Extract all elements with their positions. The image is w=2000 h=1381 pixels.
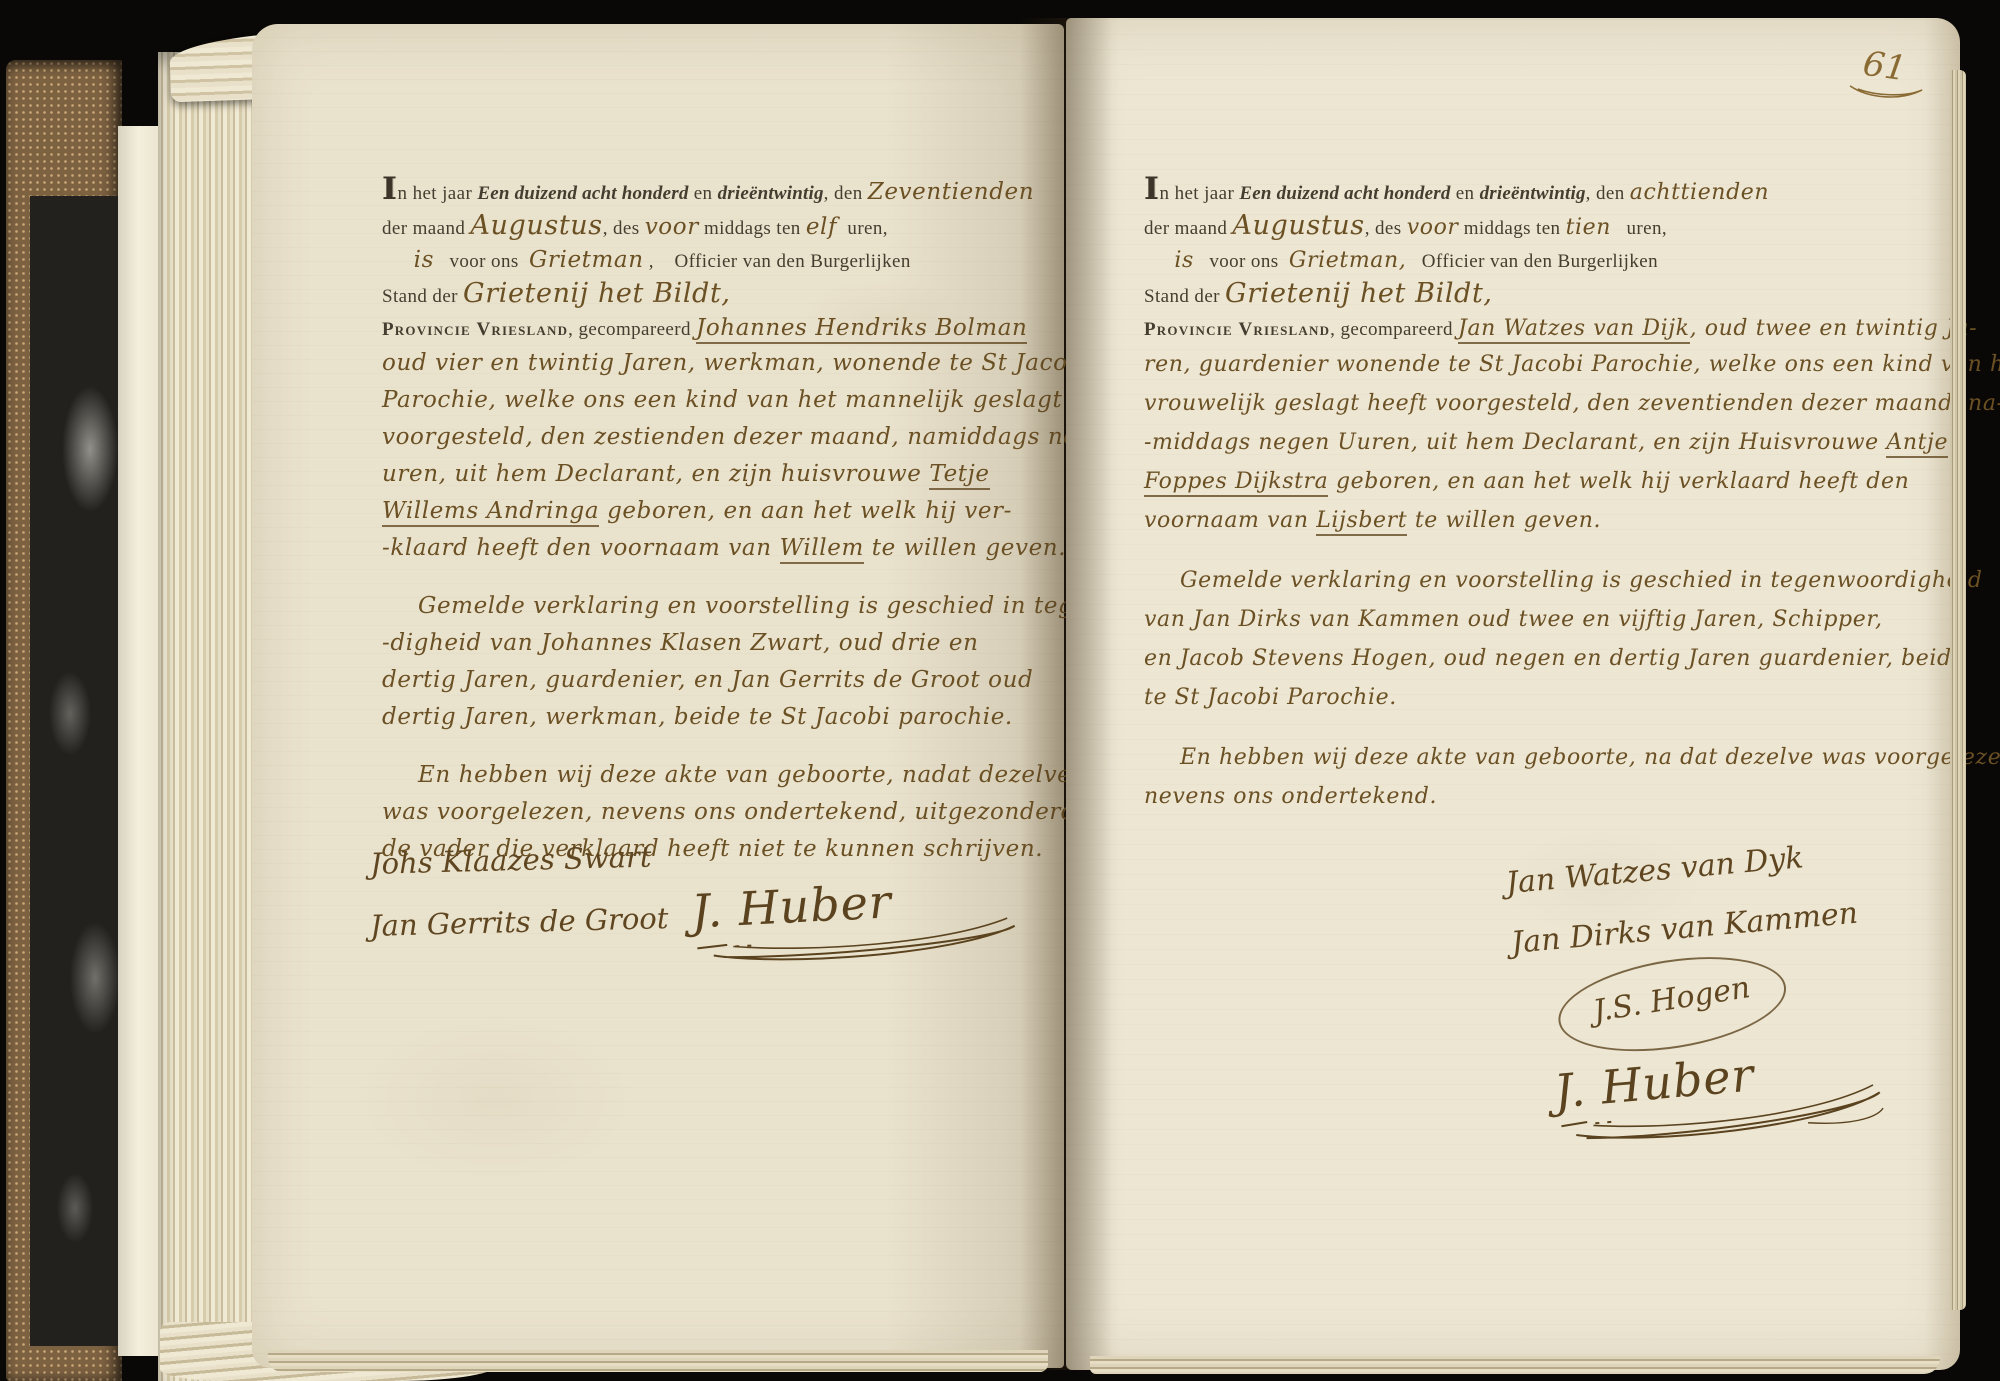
handwritten-text: Grietenij het Bildt, (1225, 278, 1493, 309)
handwritten-text: En hebben wij deze akte van geboorte, na… (418, 762, 1071, 788)
printed-text: , den (1586, 183, 1630, 204)
handwritten-text: , oud twee en twintig Ja- (1690, 316, 1978, 341)
printed-text: Een duizend acht honderd (1239, 183, 1450, 204)
handwritten-text: Willems Andringa (382, 498, 599, 527)
printed-text: Een duizend acht honderd (477, 183, 688, 204)
printed-text: drieëntwintig (1480, 183, 1586, 204)
printed-text: middags ten (699, 218, 806, 239)
handwritten-text: Gemelde verklaring en voorstelling is ge… (418, 593, 1172, 619)
printed-text: n het jaar (1160, 183, 1240, 204)
text-line: Gemelde verklaring en voorstelling is ge… (1144, 562, 1948, 601)
officer-signature-left: J. Huber (690, 867, 1024, 968)
handwritten-text: tien (1566, 215, 1611, 240)
handwritten-text: Grietman, (1289, 248, 1407, 273)
bottom-page-edge (1090, 1356, 1940, 1374)
left-page: In het jaar Een duizend acht honderd en … (252, 24, 1064, 1368)
text-line: -middags negen Uuren, uit hem Declarant,… (1144, 424, 1948, 463)
handwritten-text: te St Jacobi Parochie. (1144, 685, 1397, 710)
text-line: voornaam van Lijsbert te willen geven. (1144, 502, 1948, 541)
text-line: nevens ons ondertekend. (1144, 778, 1948, 817)
text-line: -digheid van Johannes Klasen Zwart, oud … (382, 626, 1058, 663)
printed-text: drieëntwintig (718, 183, 824, 204)
text-line: uren, uit hem Declarant, en zijn huisvro… (382, 457, 1058, 494)
printed-text: , den (824, 183, 868, 204)
right-page-edge (1950, 70, 1966, 1310)
text-line: Stand der Grietenij het Bildt, (382, 278, 1058, 313)
handwritten-text: oud vier en twintig Jaren, werkman, wone… (382, 350, 1091, 376)
handwritten-text: Antje (1886, 430, 1948, 458)
text-line: der maand Augustus, des voor middags ten… (382, 210, 1058, 245)
right-page: In het jaar Een duizend acht honderd en … (1066, 18, 1960, 1370)
printed-text: , Officier van den Burgerlijken (644, 251, 911, 272)
printed-text: der maand (382, 218, 470, 239)
handwritten-text: Johannes Hendriks Bolman (696, 315, 1027, 344)
dropcap-initial: I (382, 171, 396, 207)
printed-text: uren, (837, 218, 888, 239)
handwritten-text: achttienden (1630, 180, 1769, 205)
handwritten-text: -digheid van Johannes Klasen Zwart, oud … (382, 630, 979, 656)
witness-signatures-left: Johs Klaazes Swart Jan Gerrits de Groot (370, 829, 668, 953)
handwritten-text: geboren, en aan het welk hij verklaard h… (1328, 469, 1909, 494)
handwritten-text: voorgesteld, den zestienden dezer maand,… (382, 424, 1122, 450)
printed-text: Provincie Vriesland (1144, 319, 1330, 340)
printed-text: voor ons (1194, 251, 1289, 272)
witness-signature: Johs Klaazes Swart (369, 825, 669, 895)
text-line: -klaard heeft den voornaam van Willem te… (382, 531, 1058, 568)
folio-number-text: 61 (1861, 44, 1909, 90)
text-line: En hebben wij deze akte van geboorte, na… (382, 758, 1058, 795)
book-scan: In het jaar Een duizend acht honderd en … (0, 0, 2000, 1381)
handwritten-text: te willen geven. (864, 535, 1066, 561)
text-line (1144, 541, 1948, 562)
birth-act-right: In het jaar Een duizend acht honderd en … (1144, 174, 1948, 817)
handwritten-text: -klaard heeft den voornaam van (382, 535, 780, 561)
handwritten-text: elf (806, 214, 837, 240)
handwritten-text: Grietman (529, 247, 644, 273)
text-line: is voor ons Grietman , Officier van den … (382, 245, 1058, 278)
printed-text: , des (1365, 218, 1407, 239)
text-line: dertig Jaren, guardenier, en Jan Gerrits… (382, 663, 1058, 700)
handwritten-text: Willem (780, 535, 864, 564)
text-line: Willems Andringa geboren, en aan het wel… (382, 494, 1058, 531)
handwritten-text: is (1144, 248, 1194, 273)
handwritten-text: ren, guardenier wonende te St Jacobi Par… (1144, 352, 2000, 377)
handwritten-text: -middags negen Uuren, uit hem Declarant,… (1144, 430, 1886, 455)
text-line: oud vier en twintig Jaren, werkman, wone… (382, 346, 1058, 383)
text-line: Stand der Grietenij het Bildt, (1144, 278, 1948, 313)
birth-act-left: In het jaar Een duizend acht honderd en … (382, 174, 1058, 869)
dropcap-initial: I (1144, 171, 1158, 207)
printed-text: n het jaar (398, 183, 478, 204)
handwritten-text: voornaam van (1144, 508, 1316, 533)
handwritten-text: dertig Jaren, werkman, beide te St Jacob… (382, 704, 1013, 730)
bottom-page-edge (268, 1350, 1048, 1372)
handwritten-text: nevens ons ondertekend. (1144, 784, 1437, 809)
printed-text: voor ons (434, 251, 529, 272)
handwritten-text: Tetje (929, 461, 989, 490)
printed-text: , des (603, 218, 645, 239)
marbled-board (30, 196, 130, 1346)
handwritten-text: Zeventienden (868, 179, 1034, 205)
printed-text: Stand der (1144, 286, 1225, 307)
handwritten-text: en Jacob Stevens Hogen, oud negen en der… (1144, 646, 1965, 671)
handwritten-text: Foppes Dijkstra (1144, 469, 1328, 497)
handwritten-text: uren, uit hem Declarant, en zijn huisvro… (382, 461, 929, 487)
officer-signature-name: J. Huber (690, 874, 893, 938)
text-line: Provincie Vriesland, gecompareerd Johann… (382, 313, 1058, 346)
handwritten-text: van Jan Dirks van Kammen oud twee en vij… (1144, 607, 1883, 632)
handwritten-text: dertig Jaren, guardenier, en Jan Gerrits… (382, 667, 1033, 693)
text-line: en Jacob Stevens Hogen, oud negen en der… (1144, 640, 1948, 679)
printed-text: Provincie Vriesland (382, 319, 568, 340)
text-line: te St Jacobi Parochie. (1144, 679, 1948, 718)
handwritten-text: was voorgelezen, nevens ons ondertekend,… (382, 799, 1076, 825)
printed-text: , gecompareerd (1330, 319, 1458, 340)
text-line: Provincie Vriesland, gecompareerd Jan Wa… (1144, 313, 1948, 346)
text-line (382, 568, 1058, 589)
handwritten-text: Lijsbert (1316, 508, 1407, 536)
printed-text: Officier van den Burgerlijken (1406, 251, 1658, 272)
text-line: Foppes Dijkstra geboren, en aan het welk… (1144, 463, 1948, 502)
handwritten-text: Parochie, welke ons een kind van het man… (382, 387, 1133, 413)
folio-number: 61 (1859, 44, 1932, 107)
handwritten-text: geboren, en aan het welk hij ver- (599, 498, 1012, 524)
handwritten-text: voor (645, 214, 699, 240)
text-line: vrouwelijk geslagt heeft voorgesteld, de… (1144, 385, 1948, 424)
printed-text: en (1451, 183, 1480, 204)
text-line: Gemelde verklaring en voorstelling is ge… (382, 589, 1058, 626)
text-line: is voor ons Grietman, Officier van den B… (1144, 245, 1948, 278)
text-line: voorgesteld, den zestienden dezer maand,… (382, 420, 1058, 457)
text-line: En hebben wij deze akte van geboorte, na… (1144, 739, 1948, 778)
text-line: dertig Jaren, werkman, beide te St Jacob… (382, 700, 1058, 737)
text-line: Parochie, welke ons een kind van het man… (382, 383, 1058, 420)
printed-text: Stand der (382, 286, 463, 307)
text-line (382, 737, 1058, 758)
printed-text: uren, (1611, 218, 1667, 239)
handwritten-text: Grietenij het Bildt, (463, 278, 731, 309)
text-line: van Jan Dirks van Kammen oud twee en vij… (1144, 601, 1948, 640)
handwritten-text: Augustus (1232, 210, 1364, 241)
text-line: In het jaar Een duizend acht honderd en … (382, 174, 1058, 210)
printed-text: middags ten (1459, 218, 1566, 239)
printed-text: en (689, 183, 718, 204)
handwritten-text: Jan Watzes van Dijk (1458, 316, 1690, 344)
handwritten-text: is (382, 247, 434, 273)
text-line: In het jaar Een duizend acht honderd en … (1144, 174, 1948, 210)
handwritten-text: te willen geven. (1407, 508, 1601, 533)
handwritten-text: En hebben wij deze akte van geboorte, na… (1180, 745, 2000, 770)
printed-text: , gecompareerd (568, 319, 696, 340)
witness-signature: Jan Gerrits de Groot (369, 887, 669, 957)
text-line (1144, 718, 1948, 739)
signatures-right: Jan Watzes van Dyk Jan Dirks van Kammen … (1504, 823, 1889, 1155)
printed-text: der maand (1144, 218, 1232, 239)
handwritten-text: voor (1407, 215, 1459, 240)
text-line: ren, guardenier wonende te St Jacobi Par… (1144, 346, 1948, 385)
handwritten-text: Augustus (470, 210, 602, 241)
handwritten-text: vrouwelijk geslagt heeft voorgesteld, de… (1144, 391, 2000, 416)
text-line: was voorgelezen, nevens ons ondertekend,… (382, 795, 1058, 832)
handwritten-text: Gemelde verklaring en voorstelling is ge… (1180, 568, 1983, 593)
text-line: der maand Augustus, des voor middags ten… (1144, 210, 1948, 245)
